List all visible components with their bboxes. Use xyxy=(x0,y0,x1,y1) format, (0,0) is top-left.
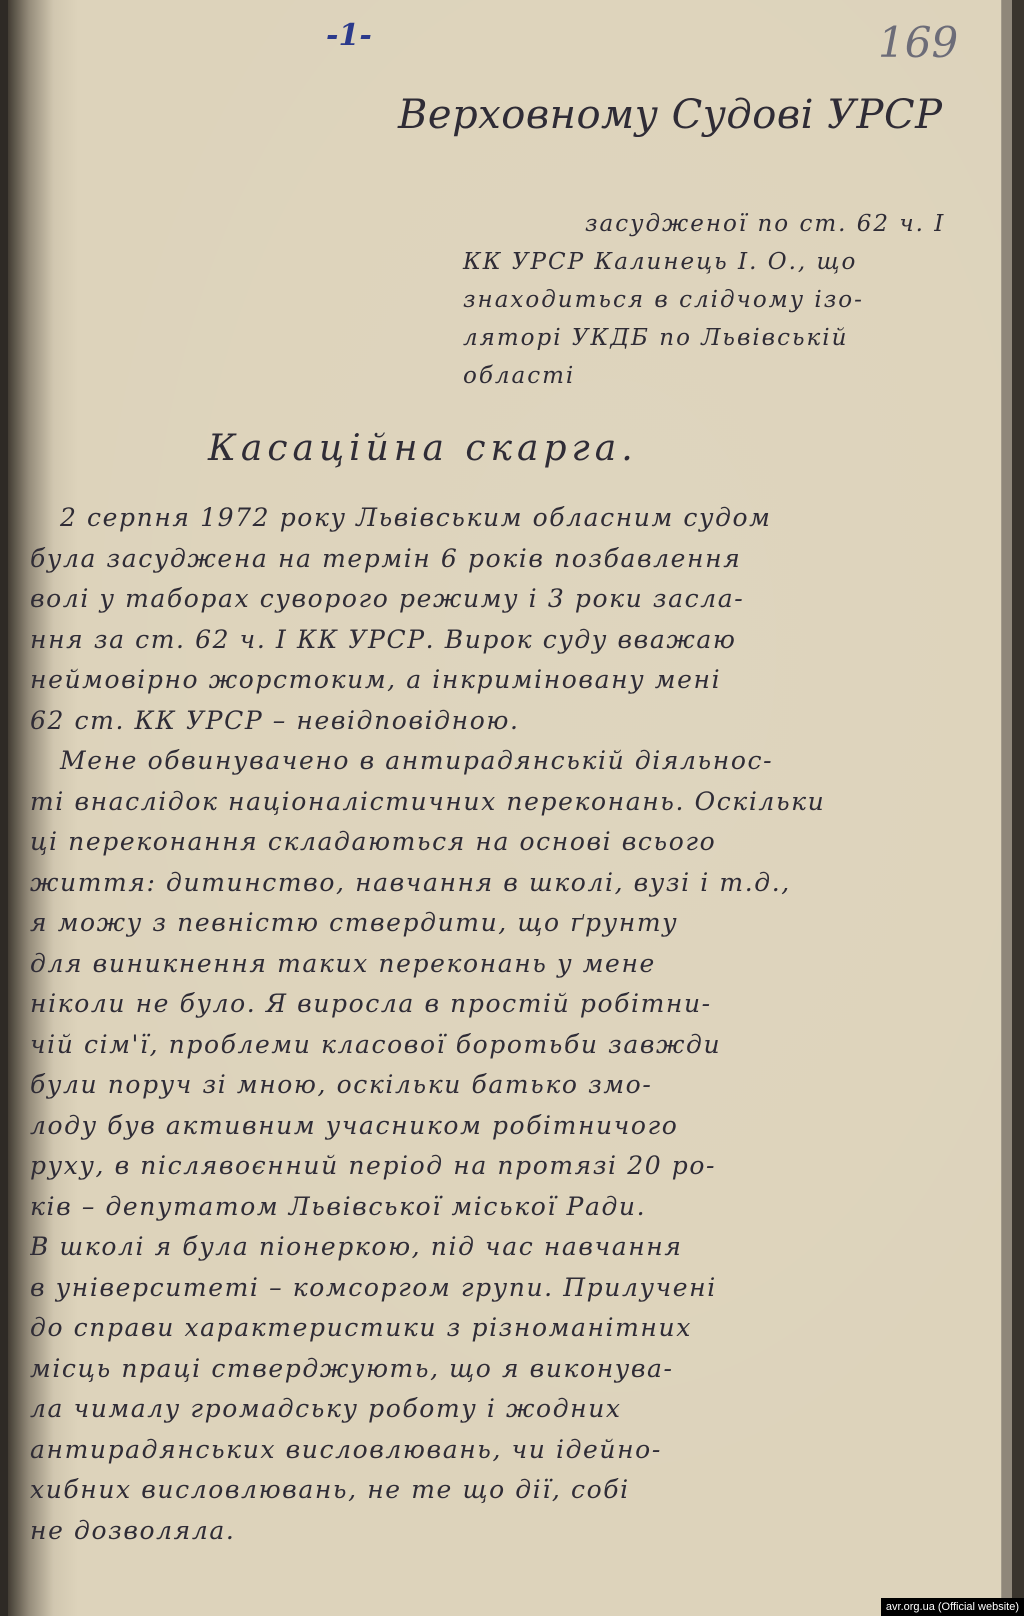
document-page: -1- 169 Верховному Судові УРСР засуджено… xyxy=(8,0,1012,1616)
body-line: хибних висловлювань, не те що дії, собі xyxy=(30,1470,990,1511)
body-line: В школі я була піонеркою, під час навчан… xyxy=(30,1227,990,1268)
body-line: 2 серпня 1972 року Львівським обласним с… xyxy=(30,498,990,539)
body-line: не дозволяла. xyxy=(30,1511,990,1552)
sender-line: засудженої по ст. 62 ч. I xyxy=(463,205,983,243)
body-line: ння за ст. 62 ч. I КК УРСР. Вирок суду в… xyxy=(30,620,990,661)
page-edge xyxy=(1001,0,1012,1616)
sender-line: ляторі УКДБ по Львівській xyxy=(463,319,983,357)
body-line: волі у таборах суворого режиму і 3 роки … xyxy=(30,579,990,620)
source-watermark: avr.org.ua (Official website) xyxy=(881,1598,1024,1616)
body-line: антирадянських висловлювань, чи ідейно- xyxy=(30,1430,990,1471)
body-line: лоду був активним учасником робітничого xyxy=(30,1106,990,1147)
body-line: місць праці стверджують, що я виконува- xyxy=(30,1349,990,1390)
body-line: Мене обвинувачено в антирадянській діяль… xyxy=(30,741,990,782)
body-line: ків – депутатом Львівської міської Ради. xyxy=(30,1187,990,1228)
body-line: в університеті – комсоргом групи. Прилуч… xyxy=(30,1268,990,1309)
sender-block: засудженої по ст. 62 ч. I КК УРСР Калине… xyxy=(463,205,983,395)
sender-line: області xyxy=(463,357,983,395)
body-line: були поруч зі мною, оскільки батько змо- xyxy=(30,1065,990,1106)
body-line: неймовірно жорстоким, а інкриміновану ме… xyxy=(30,660,990,701)
body-line: життя: дитинство, навчання в школі, вузі… xyxy=(30,863,990,904)
body-line: ла чималу громадську роботу і жодних xyxy=(30,1389,990,1430)
body-line: ніколи не було. Я виросла в простій робі… xyxy=(30,984,990,1025)
document-body: 2 серпня 1972 року Львівським обласним с… xyxy=(30,498,990,1551)
body-line: ці переконання складаються на основі всь… xyxy=(30,822,990,863)
body-line: ті внаслідок націоналістичних переконань… xyxy=(30,782,990,823)
sender-line: КК УРСР Калинець І. О., що xyxy=(463,243,983,281)
body-line: для виникнення таких переконань у мене xyxy=(30,944,990,985)
body-line: 62 ст. КК УРСР – невідповідною. xyxy=(30,701,990,742)
document-title: Касаційна скарга. xyxy=(208,428,638,469)
body-line: чій сім'ї, проблеми класової боротьби за… xyxy=(30,1025,990,1066)
addressee: Верховному Судові УРСР xyxy=(398,92,942,138)
page-marker: -1- xyxy=(326,18,372,53)
body-line: була засуджена на термін 6 років позбавл… xyxy=(30,539,990,580)
body-line: до справи характеристики з різноманітних xyxy=(30,1308,990,1349)
body-line: руху, в післявоєнний період на протязі 2… xyxy=(30,1146,990,1187)
sender-line: знаходиться в слідчому ізо- xyxy=(463,281,983,319)
archive-page-number: 169 xyxy=(878,18,958,67)
body-line: я можу з певністю ствердити, що ґрунту xyxy=(30,903,990,944)
